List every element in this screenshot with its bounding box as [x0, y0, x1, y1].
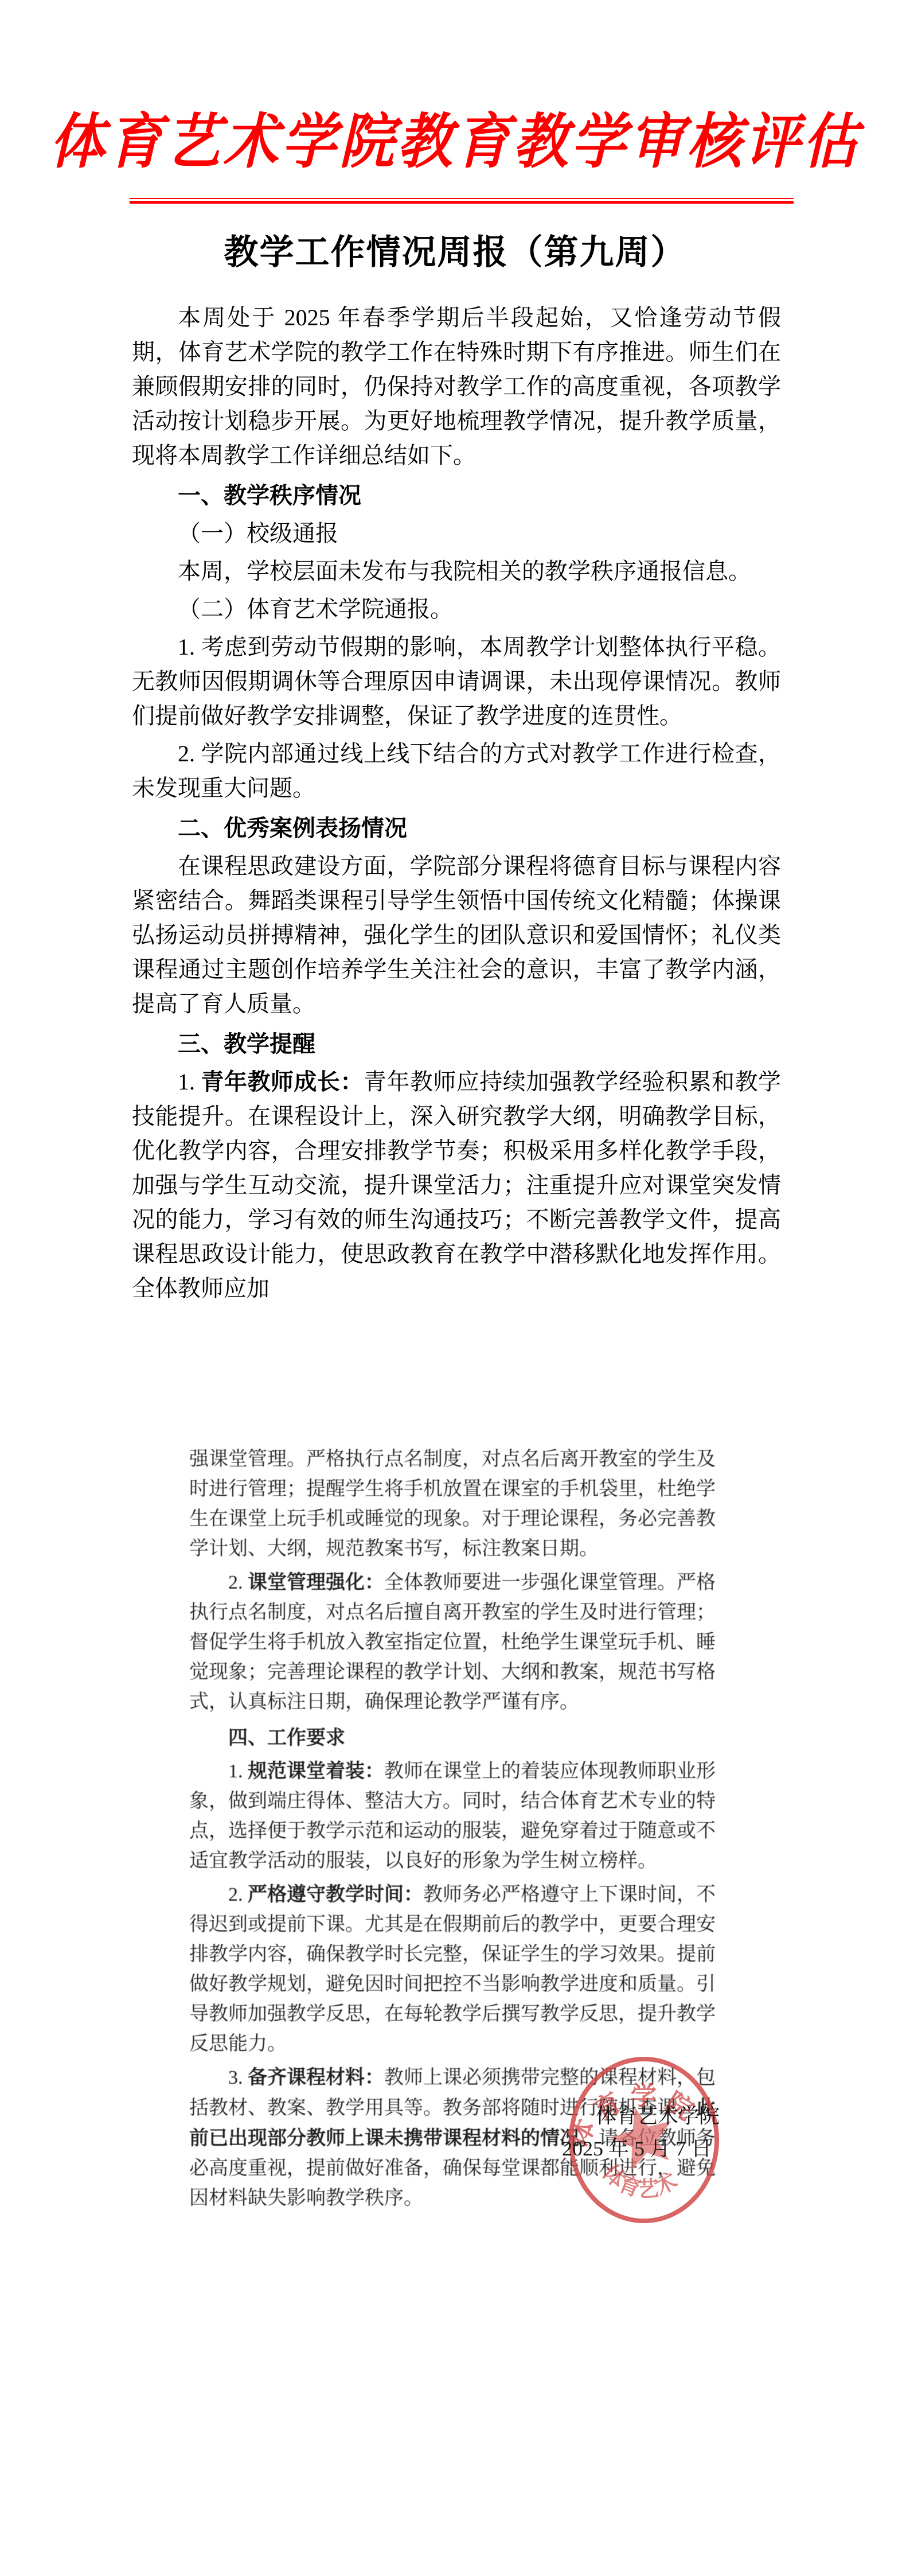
bold-text: 严格遵守教学时间：	[248, 1884, 423, 1905]
body-text: 2.	[228, 1884, 248, 1905]
body-text: 1.	[178, 1069, 201, 1095]
body-text: 2.	[228, 1572, 248, 1593]
banner-title: 体育艺术学院教育教学审核评估	[0, 105, 910, 180]
bold-text: 规范课堂着装：	[248, 1760, 384, 1782]
body-text: 在课程思政建设方面，学院部分课程将德育目标与课程内容紧密结合。舞蹈类课程引导学生…	[132, 853, 781, 1017]
body-text: 本周，学校层面未发布与我院相关的教学秩序通报信息。	[178, 558, 751, 584]
banner-double-rule	[130, 198, 794, 204]
bold-text: 备齐课程材料：	[248, 2067, 384, 2088]
body-text: （一）校级通报	[178, 520, 338, 546]
section-heading: 一、教学秩序情况	[132, 478, 781, 513]
paragraph: 2. 严格遵守教学时间：教师务必严格遵守上下课时间，不得迟到或提前下课。尤其是在…	[189, 1880, 716, 2059]
paragraph: 在课程思政建设方面，学院部分课程将德育目标与课程内容紧密结合。舞蹈类课程引导学生…	[132, 849, 781, 1021]
signature-date: 2025 年 5 月 7 日	[509, 2133, 720, 2165]
bold-text: 青年教师成长：	[201, 1069, 363, 1095]
body-text: 青年教师应持续加强教学经验积累和教学技能提升。在课程设计上，深入研究教学大纲，明…	[132, 1069, 781, 1301]
paragraph: 2. 课堂管理强化：全体教师要进一步强化课堂管理。严格执行点名制度，对点名后擅自…	[189, 1567, 716, 1717]
signature-org: 体育艺术学院	[509, 2100, 720, 2133]
body-text: 2. 学院内部通过线上线下结合的方式对教学工作进行检查，未发现重大问题。	[132, 741, 781, 801]
bold-text: 课堂管理强化：	[248, 1571, 384, 1593]
paragraph: 1. 规范课堂着装：教师在课堂上的着装应体现教师职业形象，做到端庄得体、整洁大方…	[189, 1756, 716, 1876]
paragraph: 本周处于 2025 年春季学期后半段起始，又恰逢劳动节假期，体育艺术学院的教学工…	[132, 301, 781, 473]
document-page: 体育艺术学院教育教学审核评估 教学工作情况周报（第九周） 本周处于 2025 年…	[0, 0, 910, 2576]
body-text: （二）体育艺术学院通报。	[178, 596, 453, 622]
body-text: 3.	[228, 2067, 248, 2088]
section-heading: 三、教学提醒	[132, 1027, 781, 1061]
seal-arc-text-bottom: 体育艺术	[597, 2160, 681, 2202]
signature-block: 体育艺术学院 2025 年 5 月 7 日	[509, 2100, 720, 2165]
body-text: 本周处于 2025 年春季学期后半段起始，又恰逢劳动节假期，体育艺术学院的教学工…	[132, 305, 781, 468]
paragraph: 本周，学校层面未发布与我院相关的教学秩序通报信息。	[132, 554, 781, 589]
paragraph: 强课堂管理。严格执行点名制度，对点名后离开教室的学生及时进行管理；提醒学生将手机…	[189, 1445, 716, 1564]
paragraph: 1. 考虑到劳动节假期的影响，本周教学计划整体执行平稳。无教师因假期调休等合理原…	[132, 630, 781, 733]
paragraph: （一）校级通报	[132, 516, 781, 551]
body-text: 1.	[228, 1761, 248, 1782]
body-text: 教师务必严格遵守上下课时间，不得迟到或提前下课。尤其是在假期前后的教学中，更要合…	[189, 1884, 716, 2054]
bold-text: 三、教学提醒	[178, 1032, 315, 1057]
page1-body: 本周处于 2025 年春季学期后半段起始，又恰逢劳动节假期，体育艺术学院的教学工…	[132, 301, 781, 1306]
paragraph: 1. 青年教师成长：青年教师应持续加强教学经验积累和教学技能提升。在课程设计上，…	[132, 1065, 781, 1306]
paragraph: 2. 学院内部通过线上线下结合的方式对教学工作进行检查，未发现重大问题。	[132, 737, 781, 806]
bold-text: 二、优秀案例表扬情况	[178, 816, 407, 841]
body-text: 强课堂管理。严格执行点名制度，对点名后离开教室的学生及时进行管理；提醒学生将手机…	[189, 1449, 716, 1559]
section-heading: 四、工作要求	[189, 1723, 716, 1753]
body-text: 1. 考虑到劳动节假期的影响，本周教学计划整体执行平稳。无教师因假期调休等合理原…	[132, 634, 781, 729]
section-heading: 二、优秀案例表扬情况	[132, 811, 781, 846]
doc-title: 教学工作情况周报（第九周）	[0, 232, 910, 273]
bold-text: 四、工作要求	[228, 1727, 345, 1749]
bold-text: 一、教学秩序情况	[178, 483, 361, 508]
paragraph: （二）体育艺术学院通报。	[132, 592, 781, 627]
